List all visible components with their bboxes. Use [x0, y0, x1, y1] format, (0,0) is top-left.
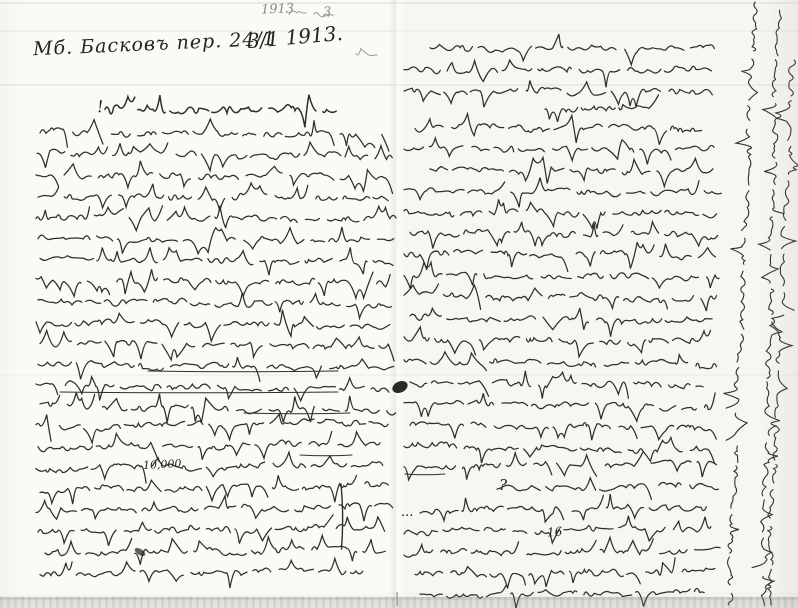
- handwriting-layer: [0, 0, 798, 608]
- legible-fragment: !: [96, 99, 104, 115]
- legible-fragment: 16: [547, 525, 563, 538]
- legible-fragment: ?: [499, 478, 507, 493]
- legible-fragment: 3: [323, 6, 332, 19]
- legible-fragment: ...: [401, 506, 413, 519]
- legible-fragment: 1913: [261, 2, 295, 16]
- letter-scan: Мб. Басковъ пер. 24/1 3/1 1913. !10,000?…: [0, 0, 798, 608]
- legible-fragment: 10,000: [143, 458, 182, 471]
